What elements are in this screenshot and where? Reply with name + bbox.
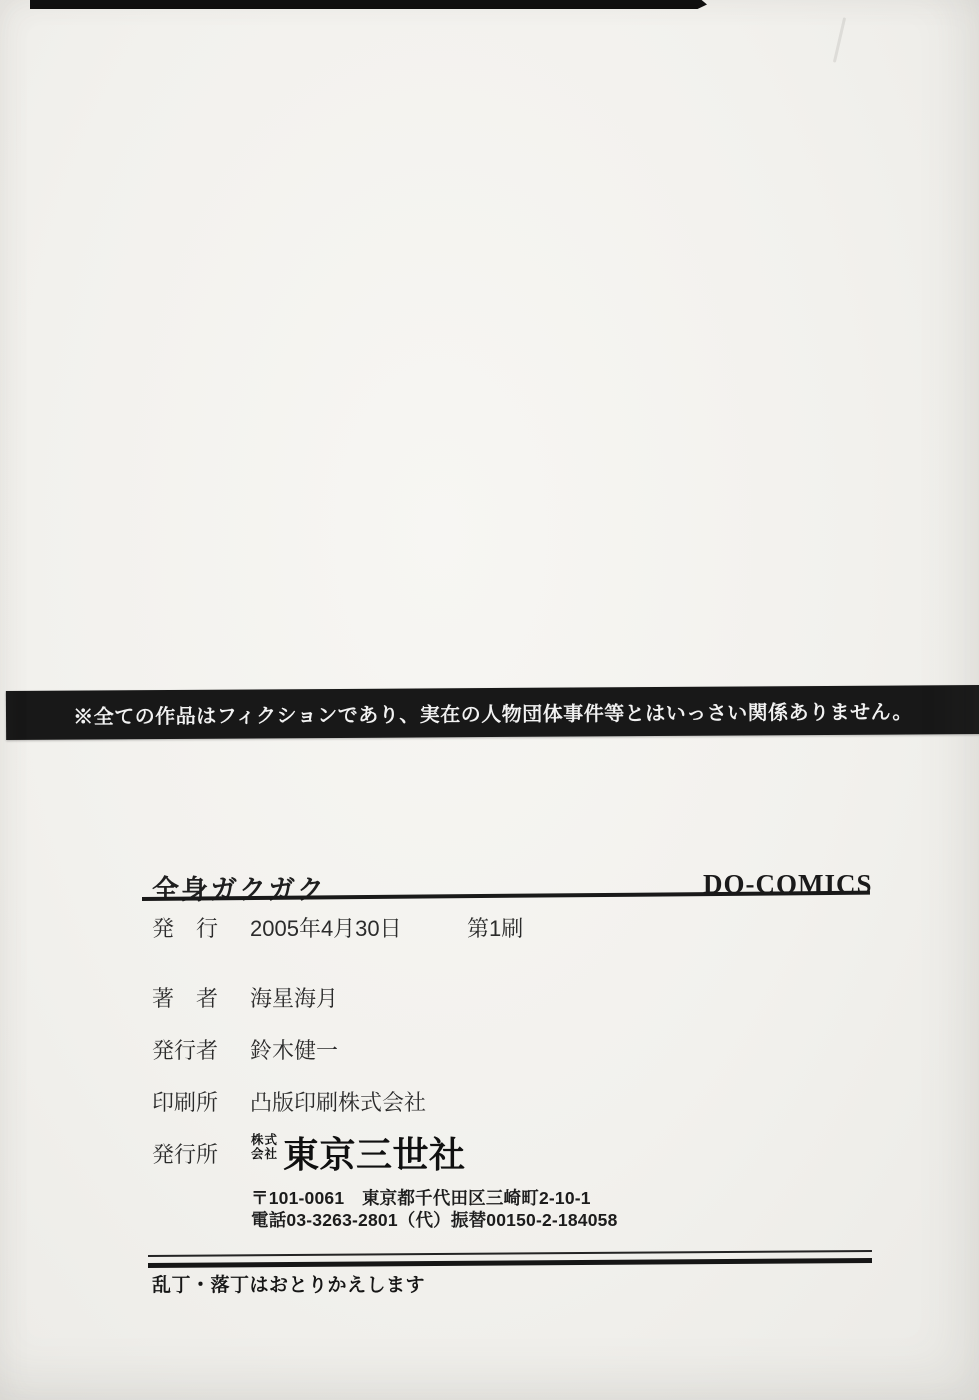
- colophon-row-publication: 発 行2005年4月30日 第1刷: [152, 912, 402, 943]
- publication-date: 2005年4月30日: [250, 916, 402, 941]
- publisher-company-prefix: 株式 会社: [251, 1133, 278, 1162]
- footer-rule-thick: [148, 1258, 872, 1268]
- publisher-prefix-top: 株式: [251, 1133, 278, 1147]
- printer-label: 印刷所: [152, 1086, 250, 1117]
- author-name: 海星海月: [250, 986, 338, 1011]
- publication-label: 発 行: [152, 912, 250, 943]
- publisher-phone-transfer: 電話03-3263-2801（代）振替00150-2-184058: [251, 1207, 618, 1232]
- footer-rule-thin: [148, 1250, 872, 1257]
- scan-artifact-scratch: [833, 17, 846, 62]
- scan-artifact-top-bar: [30, 0, 707, 9]
- edition-number: 第1刷: [467, 912, 523, 943]
- issuer-name: 鈴木健一: [250, 1038, 338, 1063]
- printer-name: 凸版印刷株式会社: [250, 1090, 426, 1115]
- scanned-colophon-page: ※全ての作品はフィクションであり、実在の人物団体事件等とはいっさい関係ありません…: [0, 0, 979, 1400]
- publisher-prefix-bottom: 会社: [251, 1147, 278, 1161]
- colophon-row-issuer: 発行者鈴木健一: [152, 1034, 338, 1065]
- replacement-notice: 乱丁・落丁はおとりかえします: [152, 1270, 425, 1297]
- colophon-row-author: 著 者海星海月: [152, 982, 338, 1013]
- publisher-company-name: 東京三世社: [283, 1127, 466, 1178]
- book-title: 全身ガクガク: [152, 868, 326, 907]
- issuer-label: 発行者: [152, 1034, 250, 1065]
- author-label: 著 者: [152, 982, 250, 1013]
- publisher-label: 発行所: [152, 1138, 218, 1169]
- disclaimer-text: ※全ての作品はフィクションであり、実在の人物団体事件等とはいっさい関係ありません…: [73, 695, 913, 729]
- disclaimer-banner: ※全ての作品はフィクションであり、実在の人物団体事件等とはいっさい関係ありません…: [6, 685, 979, 740]
- colophon-row-printer: 印刷所凸版印刷株式会社: [152, 1086, 426, 1117]
